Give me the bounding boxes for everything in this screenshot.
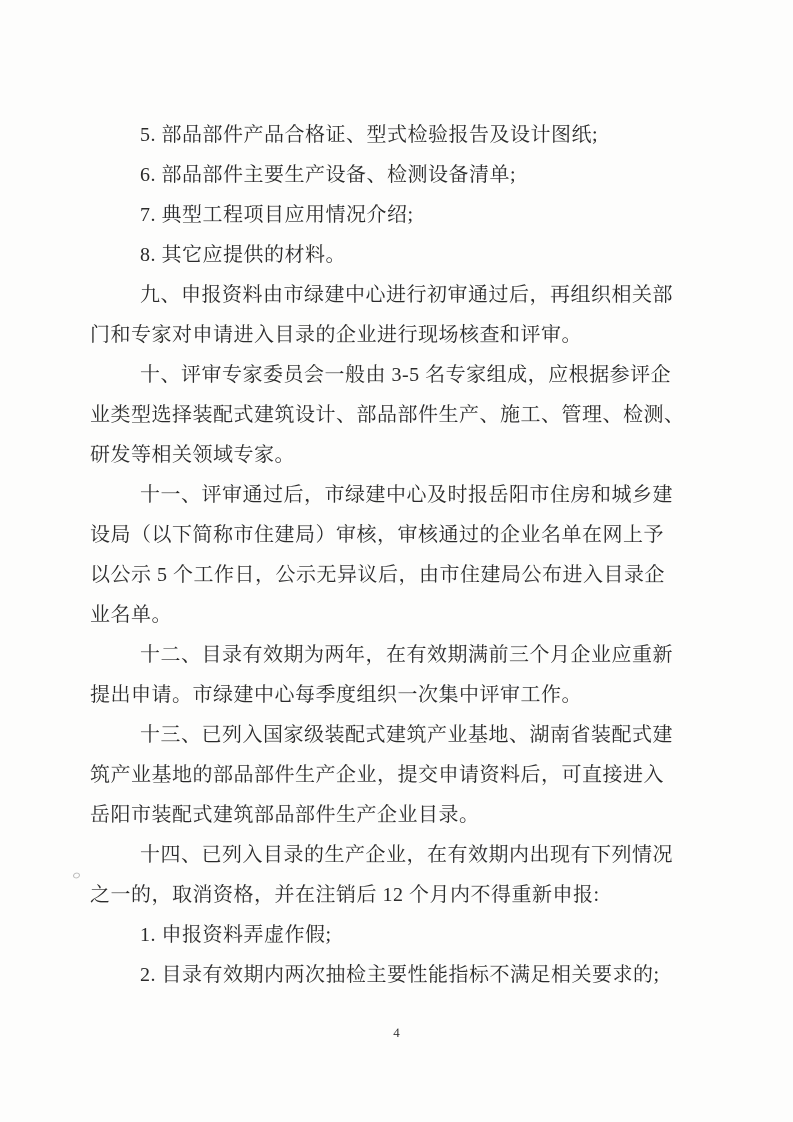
text-line: 1. 申报资料弄虚作假; (90, 915, 710, 955)
text-line: 十三、已列入国家级装配式建筑产业基地、湖南省装配式建 (90, 715, 710, 755)
text-line: 十二、目录有效期为两年，在有效期满前三个月企业应重新 (90, 635, 710, 675)
text-line: 业类型选择装配式建筑设计、部品部件生产、施工、管理、检测、 (90, 395, 710, 435)
text-line: 提出申请。市绿建中心每季度组织一次集中评审工作。 (90, 675, 710, 715)
text-line: 十、评审专家委员会一般由 3-5 名专家组成，应根据参评企 (90, 355, 710, 395)
text-line: 之一的，取消资格，并在注销后 12 个月内不得重新申报: (90, 875, 710, 915)
document-page: 5. 部品部件产品合格证、型式检验报告及设计图纸;6. 部品部件主要生产设备、检… (0, 0, 793, 1122)
text-line: 筑产业基地的部品部件生产企业，提交申请资料后，可直接进入 (90, 755, 710, 795)
text-line: 2. 目录有效期内两次抽检主要性能指标不满足相关要求的; (90, 955, 710, 995)
text-line: 岳阳市装配式建筑部品部件生产企业目录。 (90, 795, 710, 835)
text-line: 8. 其它应提供的材料。 (90, 235, 710, 275)
text-line: 6. 部品部件主要生产设备、检测设备清单; (90, 155, 710, 195)
text-line: 十一、评审通过后，市绿建中心及时报岳阳市住房和城乡建 (90, 475, 710, 515)
text-line: 以公示 5 个工作日，公示无异议后，由市住建局公布进入目录企 (90, 555, 710, 595)
text-line: 研发等相关领域专家。 (90, 435, 710, 475)
text-line: 门和专家对申请进入目录的企业进行现场核查和评审。 (90, 315, 710, 355)
page-number: 4 (0, 1025, 793, 1041)
text-line: 5. 部品部件产品合格证、型式检验报告及设计图纸; (90, 115, 710, 155)
text-line: 九、申报资料由市绿建中心进行初审通过后，再组织相关部 (90, 275, 710, 315)
text-line: 设局（以下简称市住建局）审核，审核通过的企业名单在网上予 (90, 515, 710, 555)
text-line: 十四、已列入目录的生产企业，在有效期内出现有下列情况 (90, 835, 710, 875)
text-line: 7. 典型工程项目应用情况介绍; (90, 195, 710, 235)
document-body: 5. 部品部件产品合格证、型式检验报告及设计图纸;6. 部品部件主要生产设备、检… (90, 115, 710, 995)
scan-speck (72, 872, 80, 879)
text-line: 业名单。 (90, 595, 710, 635)
